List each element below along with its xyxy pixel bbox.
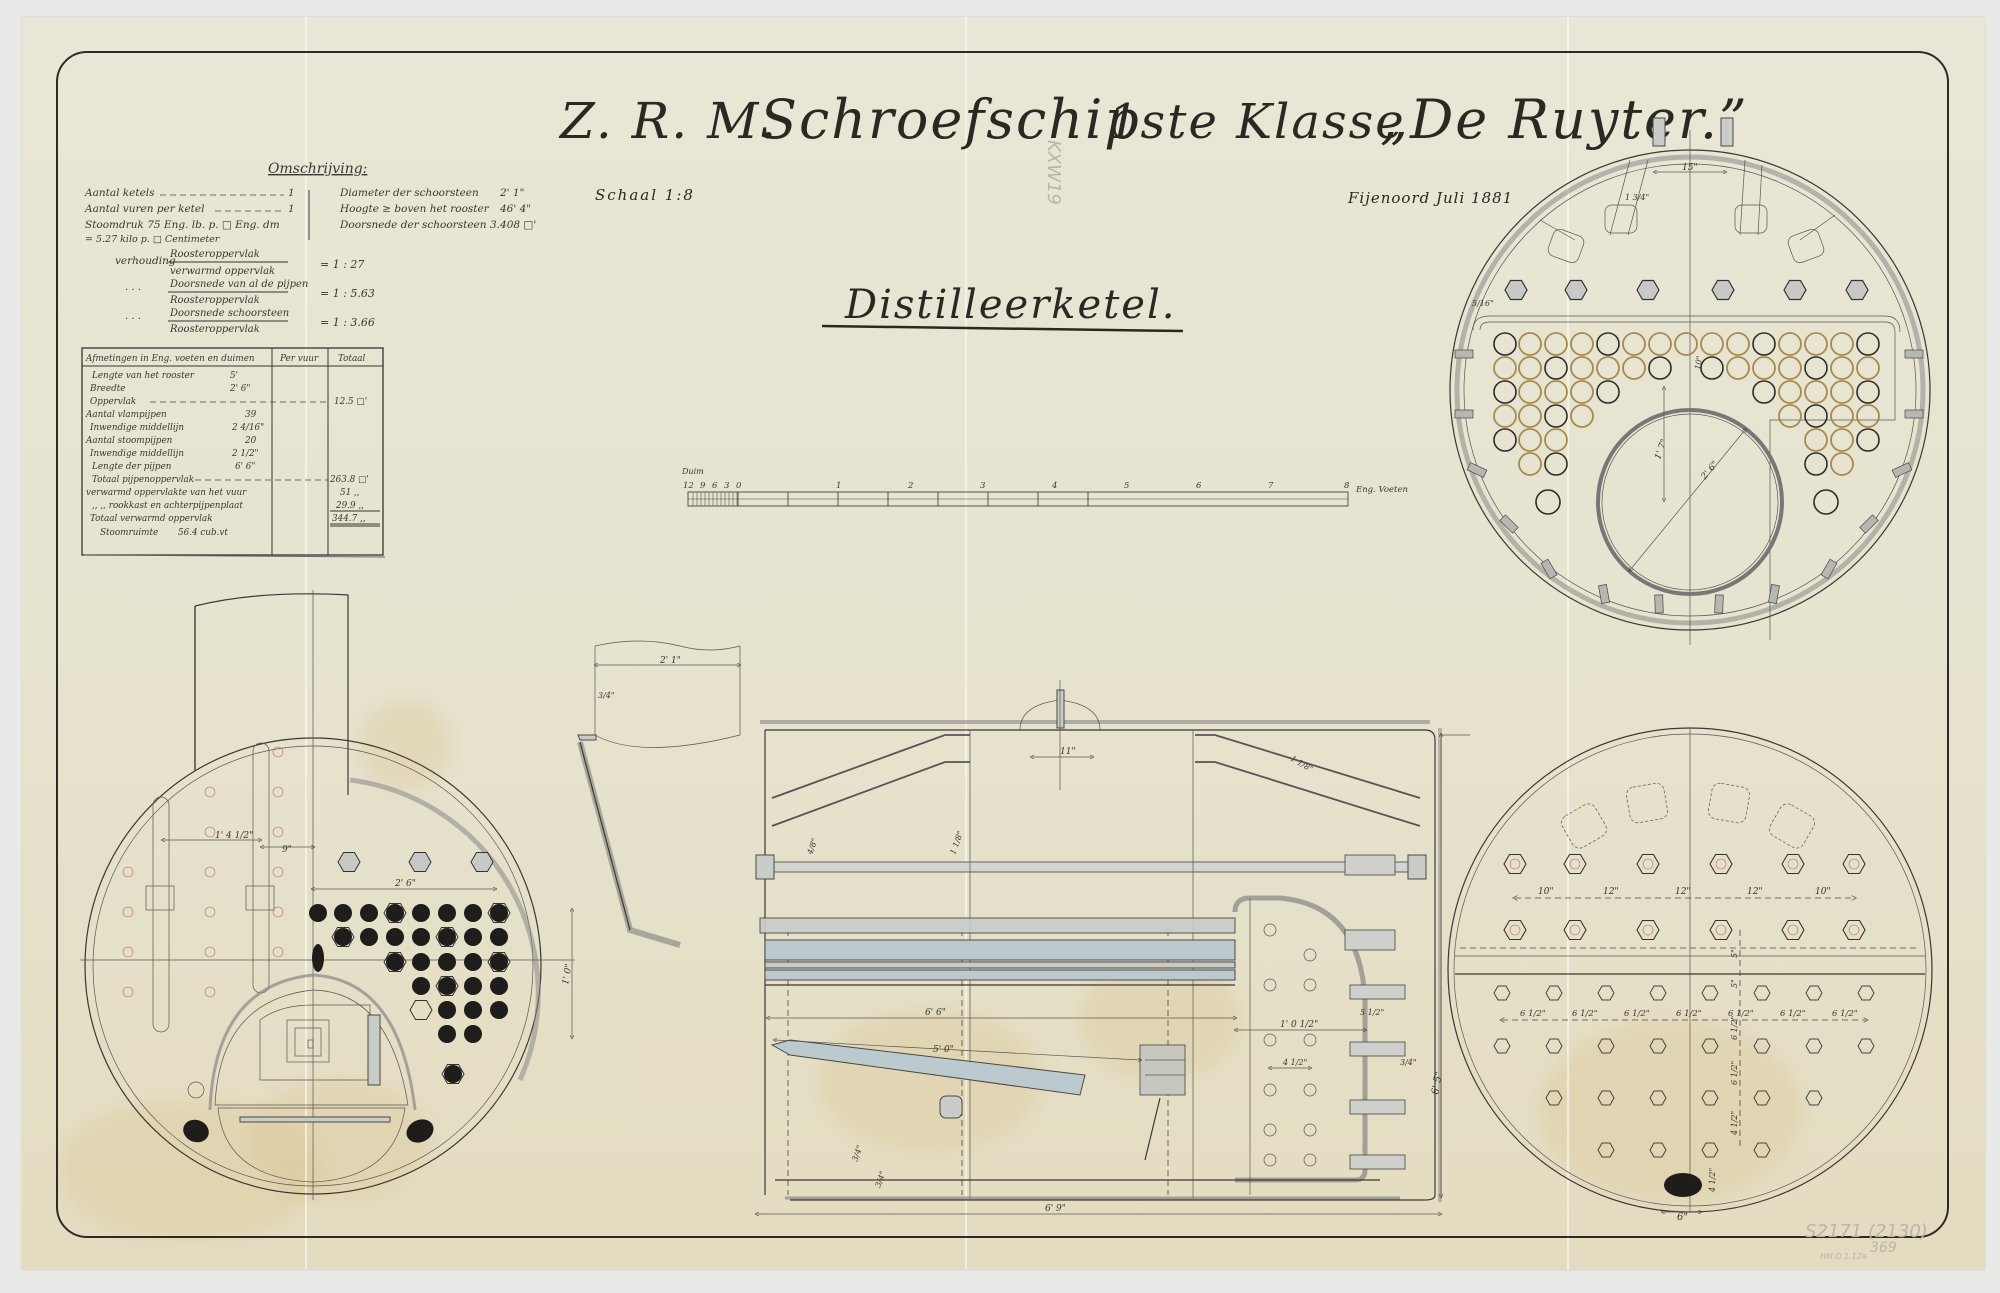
- ratio-0-num: Roosteroppervlak: [169, 249, 260, 260]
- svg-text:12: 12: [683, 481, 694, 491]
- desc-right-0: Diameter der schoorsteen: [339, 187, 479, 199]
- longitudinal-section: 2' 1" 3/4" 11" 1 1/8" 4/8" 1 1/8": [578, 641, 1470, 1214]
- desc-left-0: Aantal ketels: [84, 187, 155, 199]
- svg-text:6 1/2": 6 1/2": [1730, 1061, 1739, 1085]
- svg-text:3/4": 3/4": [873, 1170, 887, 1189]
- dimensions-table: Afmetingen in Eng. voeten en duimen Per …: [82, 348, 385, 557]
- table-row-4-value: 2 4/16": [231, 423, 264, 433]
- desc-right-1-value: 46' 4": [499, 203, 531, 215]
- svg-text:9": 9": [282, 845, 292, 855]
- archive-mark-1: 369: [1870, 1240, 1897, 1256]
- ratio-1-den: Roosteroppervlak: [169, 295, 260, 306]
- svg-text:3: 3: [980, 481, 985, 491]
- table-row-6-label: Inwendige middellijn: [89, 449, 184, 459]
- svg-text:15": 15": [1682, 163, 1698, 173]
- svg-text:2: 2: [907, 481, 913, 491]
- svg-text:6 1/2": 6 1/2": [1730, 1016, 1739, 1040]
- desc-left-1: Aantal vuren per ketel: [84, 203, 204, 215]
- svg-text:7: 7: [1268, 481, 1274, 491]
- table-row-3-value: 39: [245, 410, 257, 420]
- svg-text:3: 3: [724, 481, 729, 491]
- table-row-9-total: 51 ,,: [340, 488, 360, 498]
- ratio-2-num: Doorsnede schoorsteen: [169, 308, 289, 319]
- desc-right-0-value: 2' 1": [499, 187, 524, 199]
- svg-text:5: 5: [1124, 481, 1129, 491]
- description-heading: Omschrijving:: [268, 161, 367, 177]
- svg-text:6: 6: [1196, 481, 1202, 491]
- table-row-11-label: Totaal verwarmd oppervlak: [90, 514, 213, 524]
- svg-text:6": 6": [1677, 1212, 1688, 1223]
- svg-text:6' 9": 6' 9": [1045, 1204, 1066, 1214]
- table-row-12-value: 56.4 cub.vt: [178, 528, 228, 538]
- svg-text:· · ·: · · ·: [125, 285, 141, 296]
- table-header-0: Afmetingen in Eng. voeten en duimen: [85, 354, 255, 364]
- desc-left-0-value: 1: [288, 187, 295, 199]
- table-row-5-label: Aantal stoompijpen: [85, 436, 173, 446]
- table-row-9-label: verwarmd oppervlakte van het vuur: [86, 488, 247, 498]
- svg-text:0: 0: [736, 481, 742, 491]
- svg-text:10": 10": [1815, 887, 1831, 897]
- rear-view: 10" 12" 12" 12" 10" 6 1/2" 6 1/2" 6 1/2"…: [1448, 728, 1932, 1223]
- svg-text:3/4": 3/4": [850, 1144, 864, 1163]
- technical-drawing: Z. R. M. Schroefschip 1ste Klasse „De Ru…: [0, 0, 2000, 1293]
- svg-text:10": 10": [1538, 887, 1554, 897]
- table-row-8-label: Totaal pijpenoppervlak: [92, 475, 194, 485]
- front-view: 1' 4 1/2" 9" 2' 6" 1' 0": [80, 590, 575, 1200]
- desc-right-2-value: 3.408 □': [490, 219, 536, 231]
- svg-text:5": 5": [1730, 949, 1739, 958]
- table-row-10-total: 29.9 ,,: [335, 501, 364, 511]
- svg-text:6' 6": 6' 6": [925, 1008, 946, 1018]
- svg-text:10": 10": [1693, 355, 1704, 370]
- svg-text:6 1/2": 6 1/2": [1572, 1009, 1598, 1019]
- table-row-11-total: 344.7 ,,: [332, 514, 366, 524]
- svg-text:6 1/2": 6 1/2": [1780, 1009, 1806, 1019]
- scale-bar: Duim 12 9 6 3 0 1 2 3 4 5 6 7 8: [681, 467, 1408, 506]
- svg-text:5": 5": [1730, 979, 1739, 988]
- svg-text:4 1/2": 4 1/2": [1730, 1111, 1739, 1136]
- drawing-title: Distilleerketel.: [844, 282, 1176, 328]
- table-row-5-value: 20: [244, 436, 257, 446]
- svg-text:1' 7": 1' 7": [1653, 438, 1670, 461]
- svg-text:1: 1: [836, 481, 841, 491]
- svg-text:5/16": 5/16": [1472, 299, 1494, 308]
- table-header-1: Per vuur: [279, 354, 319, 364]
- svg-text:2' 6": 2' 6": [394, 879, 416, 889]
- svg-text:6 1/2": 6 1/2": [1832, 1009, 1858, 1019]
- desc-left-2: Stoomdruk 75 Eng. lb. p. □ Eng. dm: [85, 219, 280, 231]
- table-row-7-label: Lengte der pijpen: [91, 462, 172, 472]
- place-date: Fijenoord Juli 1881: [1347, 189, 1513, 207]
- svg-text:12": 12": [1747, 887, 1763, 897]
- svg-text:9: 9: [700, 481, 706, 491]
- svg-text:6 1/2": 6 1/2": [1520, 1009, 1546, 1019]
- svg-text:6' 5": 6' 5": [1430, 1071, 1445, 1096]
- scale-label: Schaal 1:8: [595, 186, 695, 204]
- table-row-0-label: Lengte van het rooster: [91, 371, 195, 381]
- ratios-label: verhouding: [115, 255, 176, 267]
- svg-text:· · ·: · · ·: [125, 314, 141, 325]
- svg-text:6: 6: [712, 481, 718, 491]
- svg-text:6 1/2": 6 1/2": [1676, 1009, 1702, 1019]
- svg-text:12": 12": [1675, 887, 1691, 897]
- svg-text:3/4": 3/4": [1400, 1058, 1417, 1067]
- svg-text:1' 0 1/2": 1' 0 1/2": [1280, 1020, 1318, 1030]
- title-ship-name: „De Ruyter.”: [1380, 88, 1749, 151]
- svg-text:4: 4: [1051, 481, 1057, 491]
- ratio-2-value: = 1 : 3.66: [320, 316, 375, 329]
- table-row-6-value: 2 1/2": [231, 449, 259, 459]
- scale-unit-label: Eng. Voeten: [1355, 485, 1408, 495]
- table-row-12-label: Stoomruimte: [100, 528, 158, 538]
- table-row-7-value: 6' 6": [235, 462, 255, 472]
- ratio-2-den: Roosteroppervlak: [169, 324, 260, 335]
- desc-left-1-value: 1: [288, 203, 295, 215]
- table-row-0-value: 5': [230, 371, 238, 381]
- table-row-8-total: 263.8 □': [329, 475, 369, 485]
- svg-text:5' 0": 5' 0": [933, 1045, 954, 1055]
- archive-marks: S2171 (2130) 369 HM.O.1.12a: [1805, 1221, 1928, 1261]
- archive-stamp: KXW19: [1043, 140, 1064, 205]
- svg-text:1 1/8": 1 1/8": [1289, 754, 1314, 774]
- table-row-1-value: 2' 6": [229, 384, 250, 394]
- table-header-2: Totaal: [338, 354, 366, 364]
- archive-mark-0: S2171 (2130): [1805, 1221, 1928, 1242]
- description-block: Omschrijving: Aantal ketels 1 Aantal vur…: [84, 161, 536, 335]
- svg-text:3/4": 3/4": [598, 691, 615, 700]
- desc-right-2: Doorsnede der schoorsteen: [339, 219, 487, 231]
- svg-text:4 1/2": 4 1/2": [1708, 1168, 1717, 1193]
- archive-mark-2: HM.O.1.12a: [1820, 1252, 1867, 1261]
- table-row-2-label: Oppervlak: [90, 397, 136, 407]
- svg-text:1' 0": 1' 0": [561, 963, 574, 985]
- svg-text:4/8": 4/8": [805, 837, 819, 857]
- title-prefix: Z. R. M.: [558, 92, 778, 150]
- desc-left-3: = 5.27 kilo p. □ Centimeter: [85, 234, 221, 245]
- title-ship-type: Schroefschip: [760, 88, 1141, 151]
- svg-text:4 1/2": 4 1/2": [1282, 1058, 1307, 1067]
- table-row-1-label: Breedte: [89, 384, 125, 394]
- ratio-1-num: Doorsnede van al de pijpen: [169, 279, 308, 290]
- ratio-0-value: = 1 : 27: [320, 258, 364, 271]
- tube-plate-view: 15" 1 3/4" 5/16": [1450, 118, 1930, 645]
- table-row-3-label: Aantal vlampijpen: [85, 410, 167, 420]
- svg-text:1 1/8": 1 1/8": [948, 830, 965, 856]
- svg-text:8: 8: [1344, 481, 1350, 491]
- ratio-0-den: verwarmd oppervlak: [170, 266, 275, 277]
- table-row-2-total: 12.5 □': [334, 397, 367, 407]
- scale-duim-label: Duim: [681, 467, 704, 476]
- svg-text:2' 1": 2' 1": [659, 656, 681, 666]
- svg-text:11": 11": [1060, 747, 1076, 757]
- table-row-4-label: Inwendige middellijn: [89, 423, 184, 433]
- table-row-10-label: ,, ,, rookkast en achterpijpenplaat: [92, 501, 243, 511]
- svg-text:5 1/2": 5 1/2": [1360, 1008, 1384, 1017]
- svg-text:12": 12": [1603, 887, 1619, 897]
- svg-text:6 1/2": 6 1/2": [1624, 1009, 1650, 1019]
- desc-right-1: Hoogte ≥ boven het rooster: [339, 203, 490, 215]
- ratio-1-value: = 1 : 5.63: [320, 287, 375, 300]
- svg-text:1' 4 1/2": 1' 4 1/2": [215, 831, 253, 841]
- title-class: 1ste Klasse: [1108, 94, 1406, 150]
